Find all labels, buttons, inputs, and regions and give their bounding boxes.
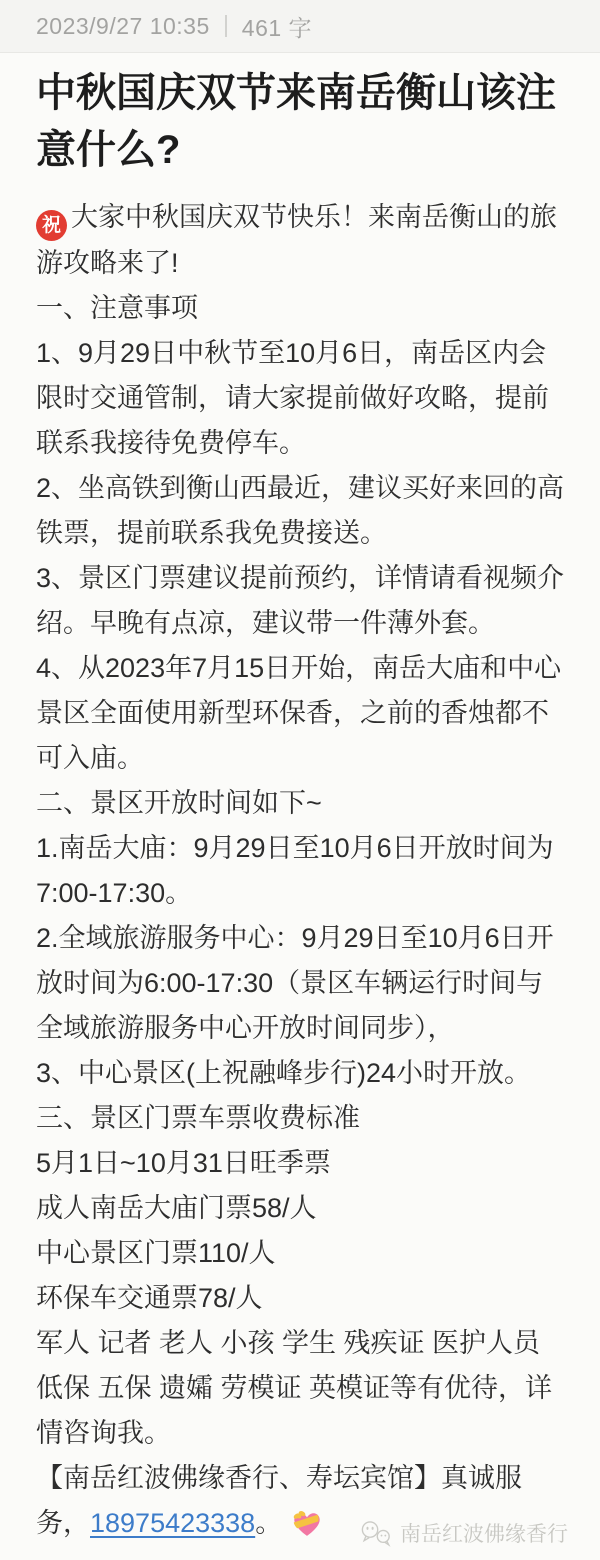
article-paragraph: 二、景区开放时间如下~ (36, 781, 564, 826)
article-paragraph: 成人南岳大庙门票58/人 (36, 1186, 564, 1231)
article-paragraph: 1、9月29日中秋节至10月6日，南岳区内会限时交通管制，请大家提前做好攻略，提… (36, 331, 564, 466)
article-paragraph: 3、中心景区(上祝融峰步行)24小时开放。 (36, 1051, 564, 1096)
publish-datetime: 2023/9/27 10:35 (36, 13, 210, 40)
article-paragraph: 2.全域旅游服务中心：9月29日至10月6日开放时间为6:00-17:30（景区… (36, 916, 564, 1051)
watermark: 南岳红波佛缘香行 (359, 1518, 568, 1548)
article-paragraph: 环保车交通票78/人 (36, 1276, 564, 1321)
article-page: 2023/9/27 10:35 461 字 中秋国庆双节来南岳衡山该注意什么? … (0, 0, 600, 1560)
article-content: 中秋国庆双节来南岳衡山该注意什么? 祝大家中秋国庆双节快乐！来南岳衡山的旅游攻略… (0, 65, 600, 1546)
article-meta-bar: 2023/9/27 10:35 461 字 (0, 0, 600, 53)
article-paragraph: 中心景区门票110/人 (36, 1231, 564, 1276)
article-paragraph: 三、景区门票车票收费标准 (36, 1096, 564, 1141)
wechat-bubbles-icon (359, 1519, 393, 1547)
word-count: 461 字 (242, 10, 312, 43)
watermark-label: 南岳红波佛缘香行 (400, 1518, 568, 1548)
article-paragraph: 3、景区门票建议提前预约，详情请看视频介绍。早晚有点凉，建议带一件薄外套。 (36, 556, 564, 646)
heart-with-ribbon-icon (290, 1508, 324, 1539)
article-paragraph: 一、注意事项 (36, 286, 564, 331)
meta-divider (225, 15, 227, 37)
congrats-emoji-icon: 祝 (36, 210, 67, 241)
phone-link[interactable]: 18975423338 (90, 1508, 255, 1538)
article-paragraph: 5月1日~10月31日旺季票 (36, 1141, 564, 1186)
article-paragraph: 军人 记者 老人 小孩 学生 残疾证 医护人员 低保 五保 遗孀 劳模证 英模证… (36, 1321, 564, 1456)
article-paragraph: 4、从2023年7月15日开始，南岳大庙和中心景区全面使用新型环保香，之前的香烛… (36, 646, 564, 781)
article-title: 中秋国庆双节来南岳衡山该注意什么? (36, 65, 564, 179)
article-paragraph: 1.南岳大庙：9月29日至10月6日开放时间为7:00-17:30。 (36, 826, 564, 916)
article-body: 祝大家中秋国庆双节快乐！来南岳衡山的旅游攻略来了!一、注意事项1、9月29日中秋… (36, 195, 564, 1546)
article-paragraph: 2、坐高铁到衡山西最近，建议买好来回的高铁票，提前联系我免费接送。 (36, 466, 564, 556)
article-paragraph: 祝大家中秋国庆双节快乐！来南岳衡山的旅游攻略来了! (36, 195, 564, 286)
